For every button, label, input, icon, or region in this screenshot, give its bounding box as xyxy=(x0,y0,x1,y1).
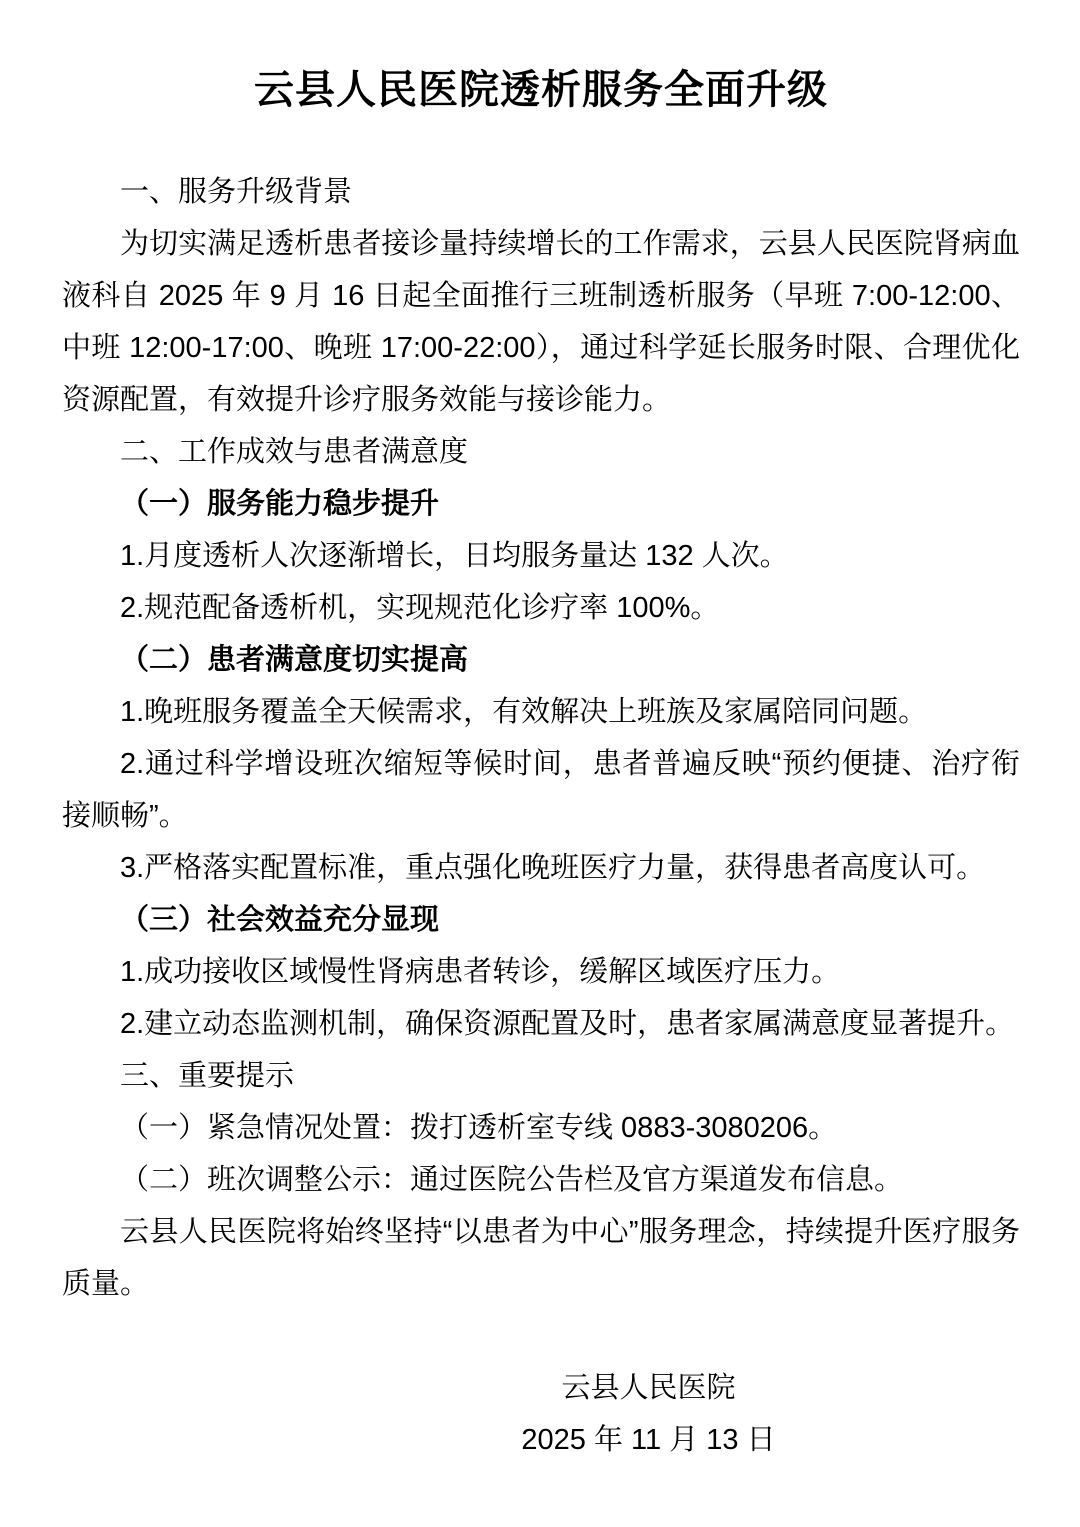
document-page: 云县人民医院透析服务全面升级 一、服务升级背景 为切实满足透析患者接诊量持续增长… xyxy=(0,0,1080,1527)
section-2-sub-1-item-2: 2.规范配备透析机，实现规范化诊疗率 100%。 xyxy=(62,582,1020,634)
signature-date: 2025 年 11 月 13 日 xyxy=(277,1414,1020,1466)
section-2-sub-2-item-3: 3.严格落实配置标准，重点强化晚班医疗力量，获得患者高度认可。 xyxy=(62,842,1020,894)
section-2-sub-1-heading: （一）服务能力稳步提升 xyxy=(62,478,1020,530)
section-2-sub-1-item-1: 1.月度透析人次逐渐增长，日均服务量达 132 人次。 xyxy=(62,530,1020,582)
section-1-paragraph: 为切实满足透析患者接诊量持续增长的工作需求，云县人民医院肾病血液科自 2025 … xyxy=(62,218,1020,426)
section-2-sub-2-item-2: 2.通过科学增设班次缩短等候时间，患者普遍反映“预约便捷、治疗衔接顺畅”。 xyxy=(62,738,1020,842)
page-title: 云县人民医院透析服务全面升级 xyxy=(62,60,1020,120)
section-3-item-1: （一）紧急情况处置：拨打透析室专线 0883-3080206。 xyxy=(62,1102,1020,1154)
section-2-sub-3-heading: （三）社会效益充分显现 xyxy=(62,894,1020,946)
section-2-heading: 二、工作成效与患者满意度 xyxy=(62,426,1020,478)
signature-org: 云县人民医院 xyxy=(277,1362,1020,1414)
section-2-sub-2-heading: （二）患者满意度切实提高 xyxy=(62,634,1020,686)
signature-block: 云县人民医院 2025 年 11 月 13 日 xyxy=(277,1362,1020,1466)
section-2-sub-2-item-1: 1.晚班服务覆盖全天候需求，有效解决上班族及家属陪同问题。 xyxy=(62,686,1020,738)
closing-paragraph: 云县人民医院将始终坚持“以患者为中心”服务理念，持续提升医疗服务质量。 xyxy=(62,1206,1020,1310)
section-3-item-2: （二）班次调整公示：通过医院公告栏及官方渠道发布信息。 xyxy=(62,1154,1020,1206)
section-1-heading: 一、服务升级背景 xyxy=(62,166,1020,218)
section-2-sub-3-item-1: 1.成功接收区域慢性肾病患者转诊，缓解区域医疗压力。 xyxy=(62,946,1020,998)
section-3-heading: 三、重要提示 xyxy=(62,1050,1020,1102)
section-2-sub-3-item-2: 2.建立动态监测机制，确保资源配置及时，患者家属满意度显著提升。 xyxy=(62,998,1020,1050)
